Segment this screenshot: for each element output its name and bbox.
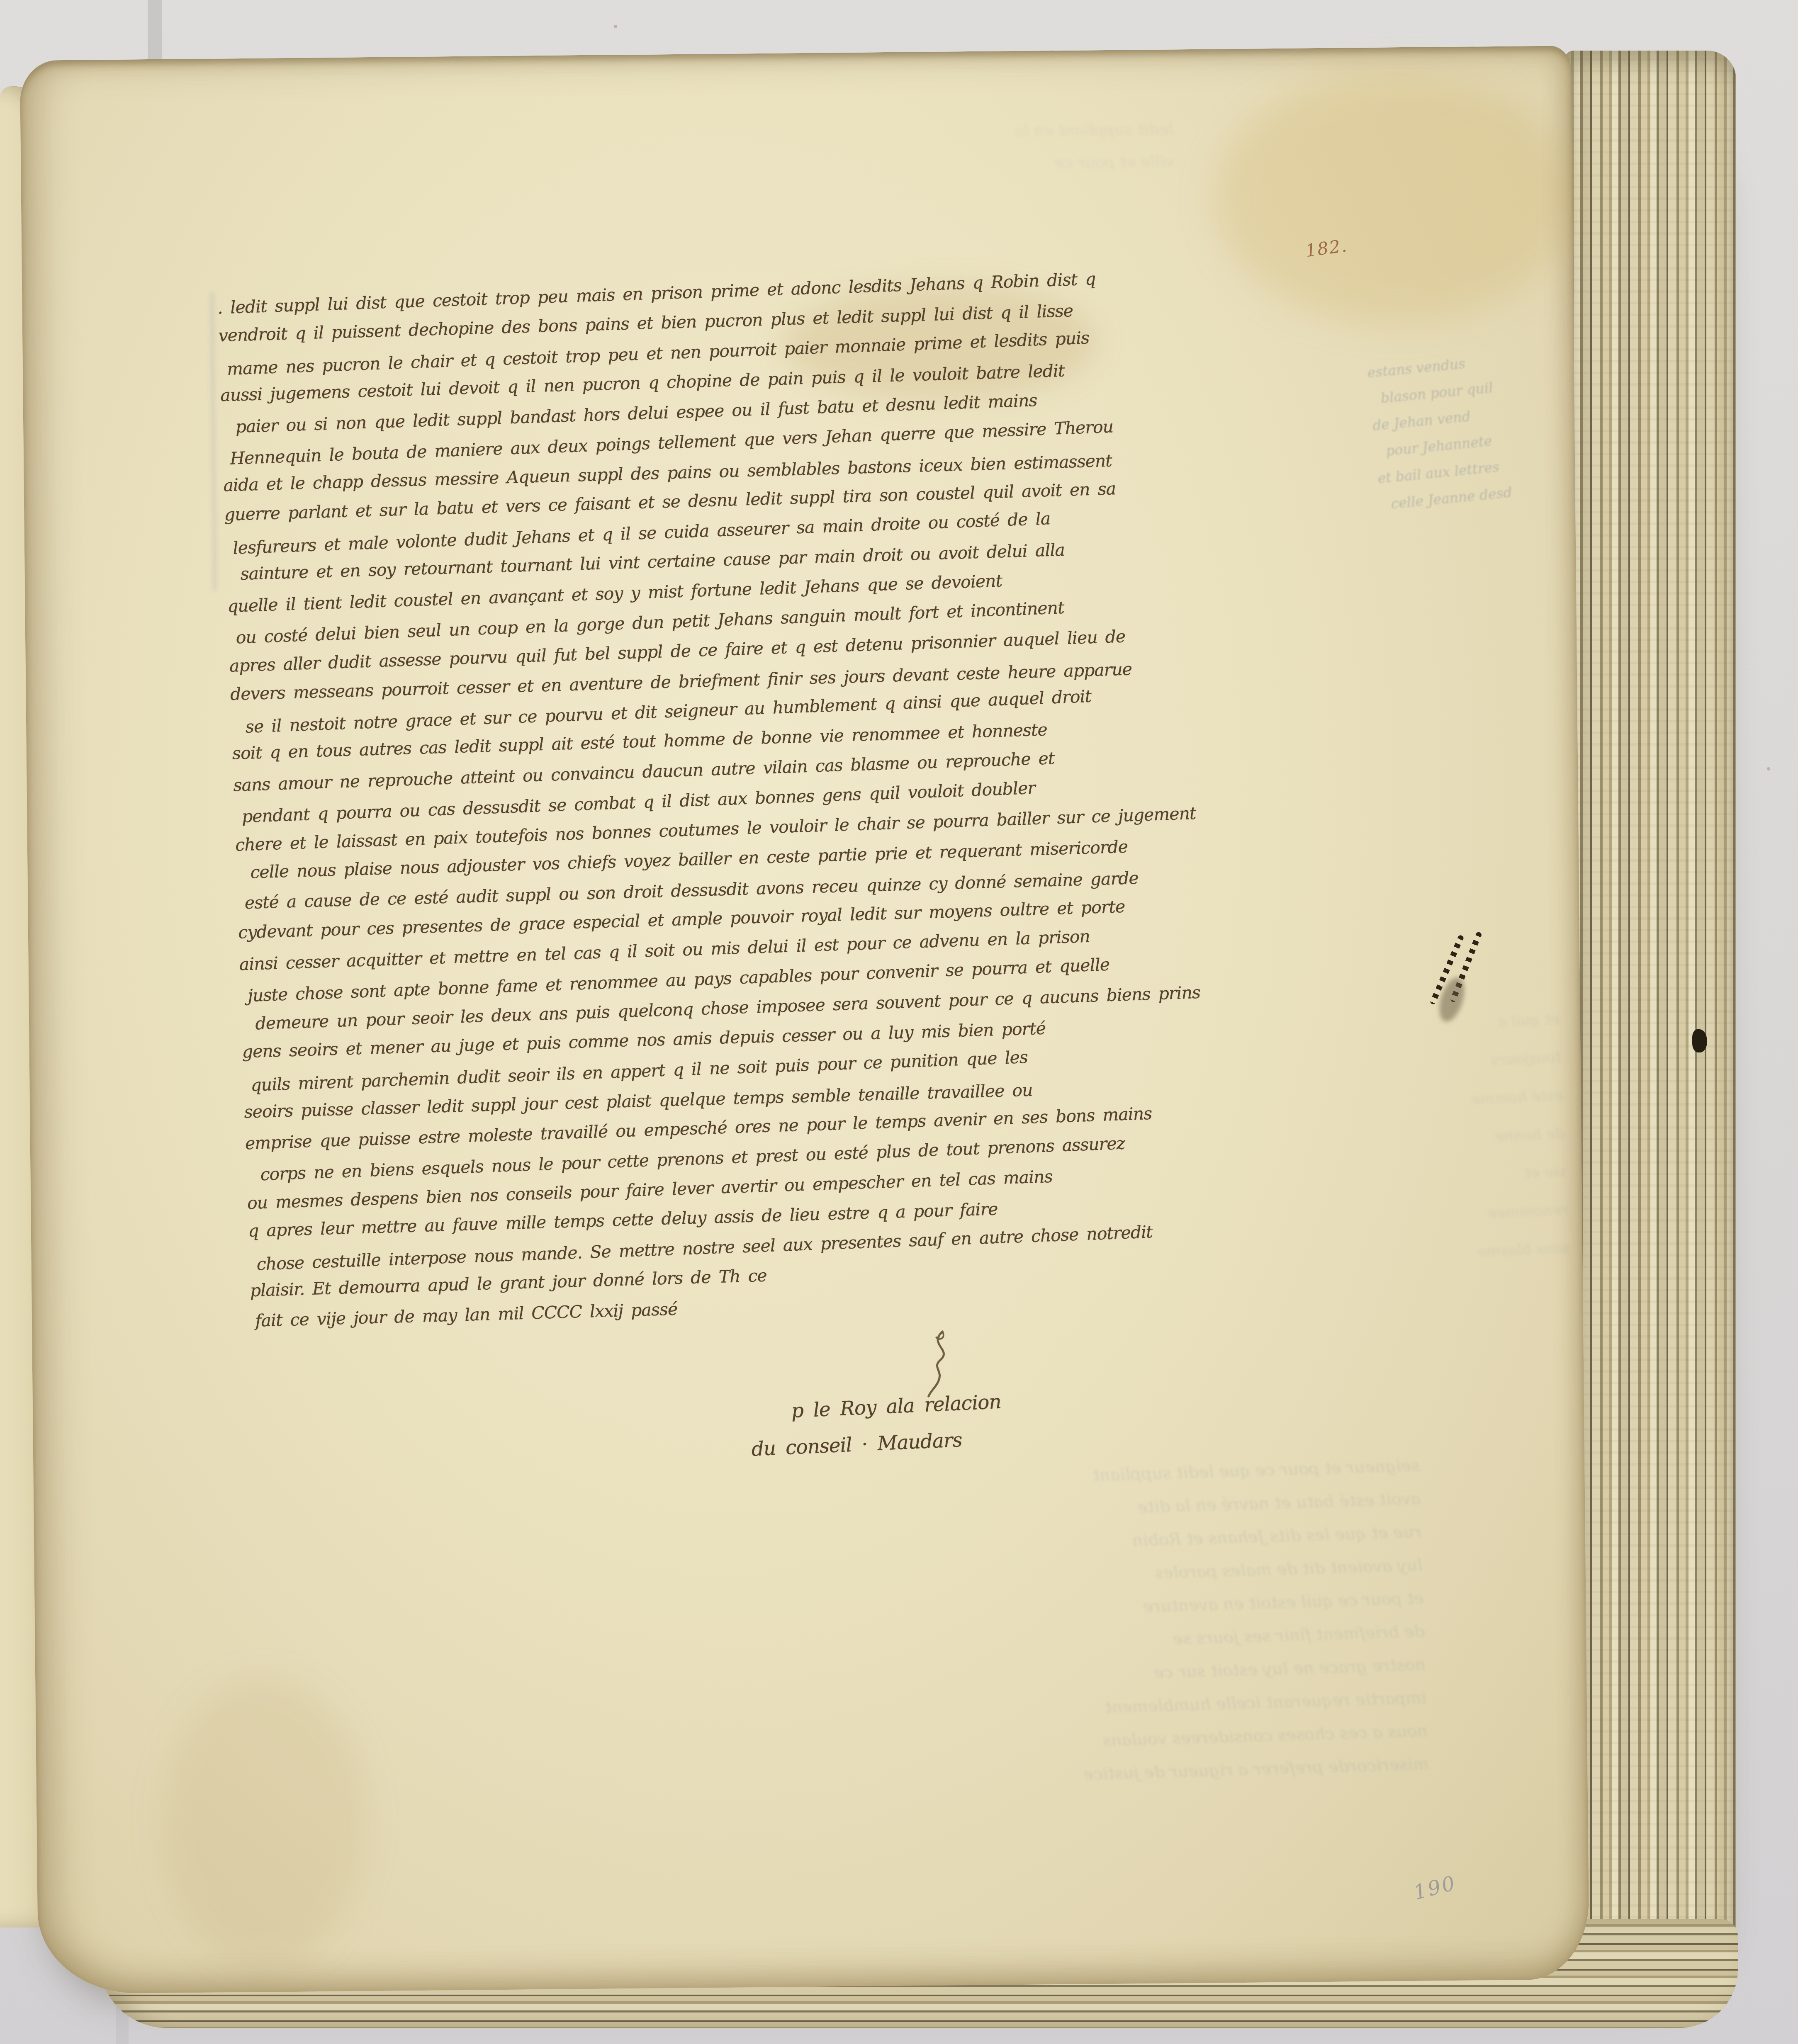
show-through-ghost-text-top: ledit suppliant en laville et pour ce <box>551 113 1174 183</box>
ghost-text-line: et pour ce quil estoit en aventure <box>511 1582 1424 1643</box>
ghost-text-line: de briefment finir ses jours se <box>512 1615 1425 1676</box>
ghost-text-line: rue et que les dits Jehans et Robin <box>509 1515 1422 1576</box>
royal-closing-formula: p le Roy ala relacion du conseil · Mauda… <box>737 1377 1154 1468</box>
parchment-stain <box>160 1676 370 1968</box>
ghost-text-line: misericorde preferer a rigueur de justic… <box>516 1747 1429 1808</box>
ghost-text-line: ledit suppliant en la <box>551 113 1174 151</box>
dust-speck <box>614 25 617 28</box>
folio-number-ink: 182. <box>1304 235 1348 261</box>
fore-edge-grain-texture <box>1564 51 1736 2023</box>
fore-edge-dark-speck <box>1692 1029 1707 1052</box>
ghost-text-line: nostre grace ne luy estoit sur ce <box>513 1648 1426 1709</box>
ghost-text-line: nous a ces choses considerees voulans <box>515 1714 1428 1775</box>
manuscript-photo: ledit suppliant en laville et pour ce 18… <box>0 0 1798 2044</box>
book-fore-edge-page-stack <box>1564 51 1736 2023</box>
faint-offset-streak <box>209 292 217 591</box>
ink-blot <box>1418 923 1494 1039</box>
parchment-folio-recto: ledit suppliant en laville et pour ce 18… <box>20 46 1590 1994</box>
folio-number-pencil: 190 <box>1411 1871 1459 1904</box>
show-through-ghost-text-main: seigneur et pour ce que ledit supplianta… <box>507 1449 1429 1808</box>
dust-speck <box>1767 767 1770 770</box>
ghost-text-line: avoit esté batu et navré en la dite <box>508 1482 1421 1543</box>
ghost-text-line: luy avoient dit de males paroles <box>510 1548 1423 1609</box>
ghost-text-line: impartie requerant icelle humblement <box>514 1681 1427 1742</box>
ghost-text-line: ville et pour ce <box>552 145 1174 183</box>
manuscript-text-block: . ledit suppl lui dist que cestoit trop … <box>217 257 1338 1337</box>
marginal-pencil-note: estans vendusblason pour quilde Jehan ve… <box>1366 342 1563 518</box>
